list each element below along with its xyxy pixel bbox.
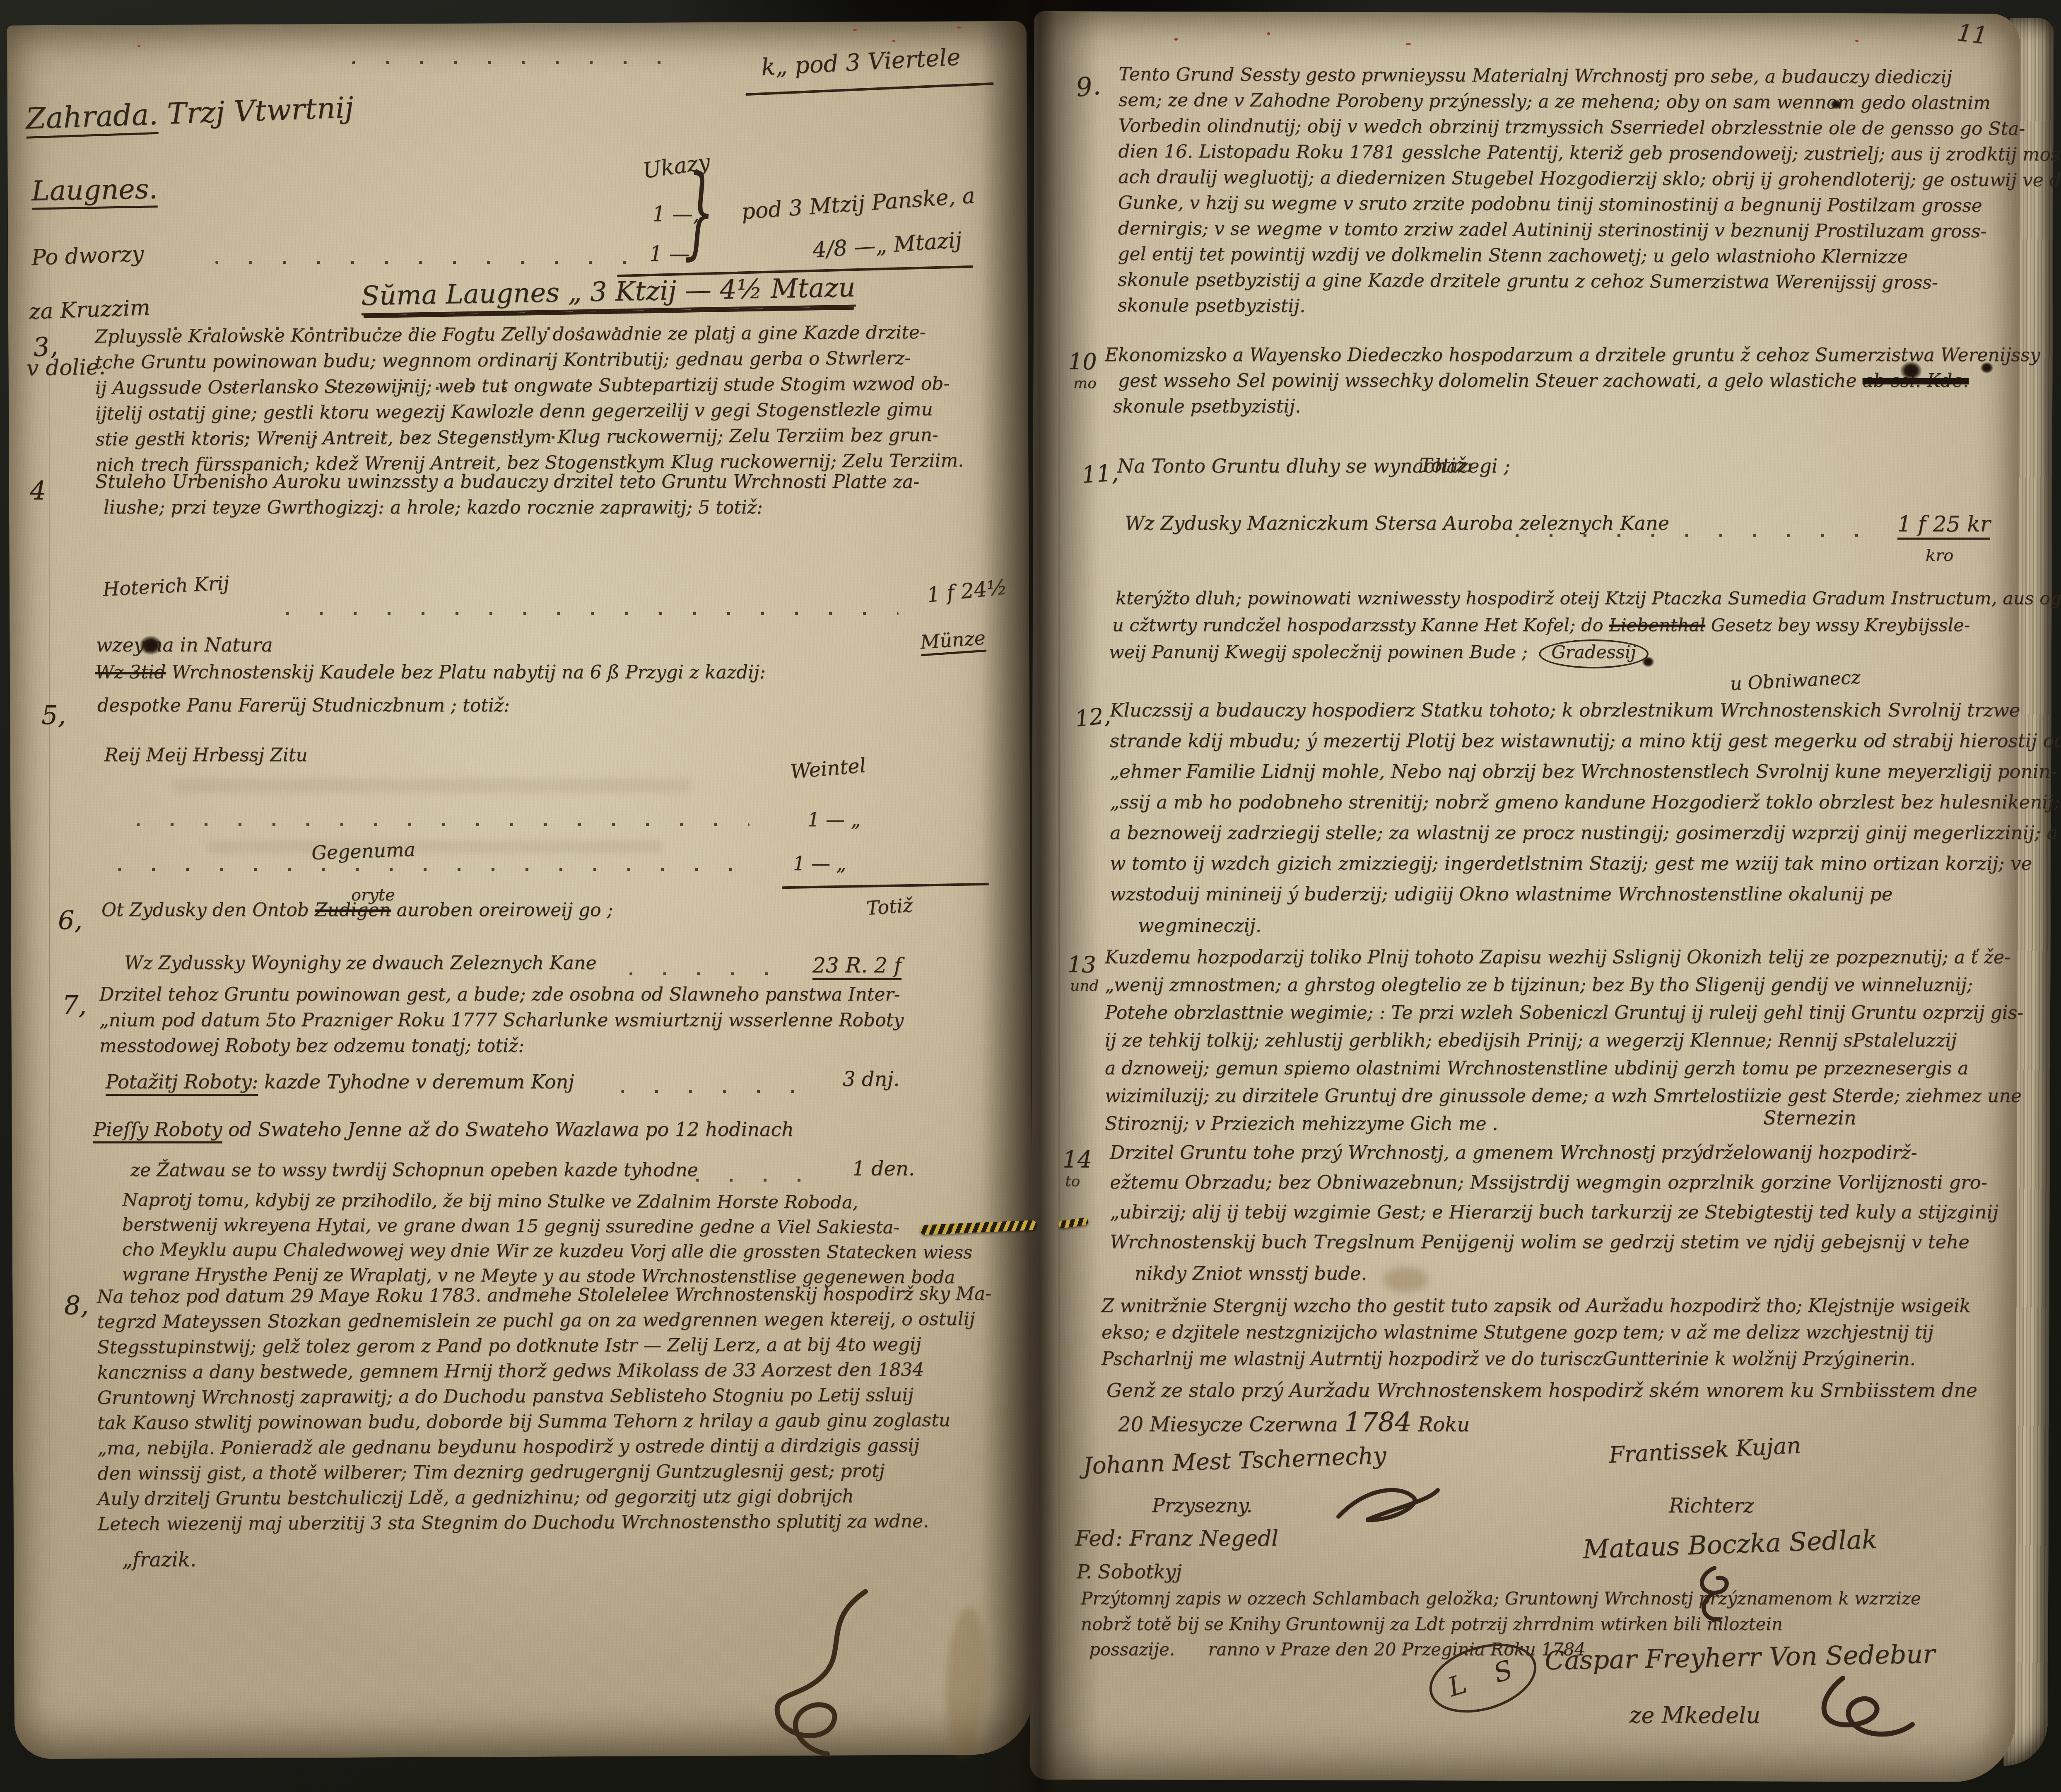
text-line: stie gestli ktoris; Wrenij Antreit, bez … <box>95 424 964 455</box>
text-line: ach draulij wegluotij; a diedernizen Stu… <box>1118 166 2061 195</box>
ink-bleedthrough <box>207 841 663 853</box>
text-line: kanczniss a dany bestwede, gemnem Hrnij … <box>97 1359 992 1387</box>
section-4-natura: wzeyma in Natura <box>96 634 273 656</box>
title-laugnes: Laugnes. <box>31 173 158 207</box>
section-12-number: 12, <box>1074 702 1112 732</box>
text-line: tche Gruntu powinowan budu; wegnnom ordi… <box>95 347 963 378</box>
section-14-closing: nikdy Zniot wnsstj bude. <box>1135 1262 1367 1284</box>
text-line: dien 16. Listopadu Roku 1781 gesslche Pa… <box>1118 141 2061 170</box>
dotted-leader <box>621 1090 820 1093</box>
text-line: Drzitel Gruntu tohe przý Wrchnostj, a gm… <box>1110 1141 1998 1171</box>
section-6-line-1: Ot Zydusky den Ontob Zudigen auroben ore… <box>101 900 613 921</box>
section-5-gegenuma: Gegenuma <box>311 838 416 864</box>
date-line: 20 Miesycze Czerwna 1784 Roku <box>1118 1407 1470 1438</box>
section-4-line-2: liushe; przi teyze Gwrthogizzj: a hrole;… <box>104 497 763 518</box>
text-line: Z wnitržnie Stergnij wzcho tho gestit tu… <box>1102 1295 1970 1322</box>
section-13-tail: Sternezin <box>1763 1107 1856 1129</box>
section-7-number: 7, <box>62 990 87 1020</box>
text-line: ij ze tehkij tolkij; zehlustij gerblikh;… <box>1105 1030 2023 1058</box>
closing-paragraph: Z wnitržnie Stergnij wzcho tho gestit tu… <box>1102 1295 1970 1375</box>
section-5-line-1: despotke Panu Farerüj Studniczbnum ; tot… <box>97 695 510 716</box>
section-8-closing: „frazik. <box>122 1548 196 1571</box>
text-line: ij Augssude Osterlansko Stezowijnij; web… <box>95 373 964 403</box>
section-11-number: 11, <box>1081 459 1119 489</box>
text-line: Pscharlnij me wlastnij Autrntij hozpodir… <box>1102 1348 1970 1375</box>
signature-caspar-place: ze Mkedelu <box>1630 1702 1760 1728</box>
section-3-text: Zpluyssle Kralowske Kontribucze die Fogt… <box>95 322 964 480</box>
dotted-leader <box>1516 534 1880 537</box>
text-line: Gunke, v hzij su wegme v sruto zrzite po… <box>1118 192 2061 221</box>
section-5-amount-2: 1 — „ <box>793 852 846 875</box>
stain-smudge <box>1383 1267 1429 1292</box>
text-line: Stegsstupinstwij; gelž tolez gerom z Pan… <box>97 1334 991 1362</box>
title-zakruzzim: za Kruzzim <box>29 295 151 324</box>
text-line: a beznoweij zadrziegij stelle; za wlastn… <box>1110 822 2061 852</box>
text-line: w tomto ij wzdch gizich zmizziegij; inge… <box>1110 852 2061 883</box>
section-11-line-5: weij Panunij Kwegij spolecžnij powinen B… <box>1109 642 1649 663</box>
right-page-crease <box>1058 25 1060 1764</box>
text-line: ežtemu Obrzadu; bez Obniwazebnun; Mssijs… <box>1110 1171 1998 1201</box>
text-line: gel entij tet powintij wzdij ve dolkmeli… <box>1118 244 2061 273</box>
section-7-amount-2: 1 den. <box>852 1157 915 1180</box>
brace-glyph: } <box>684 154 714 270</box>
text-line: Gruntownj Wrchnostj zaprawitj; a do Duch… <box>97 1384 992 1413</box>
section-7-paragraph: Naprotj tomu, kdybij ze przihodilo, že b… <box>122 1189 973 1292</box>
text-line: Kuzdemu hozpodarzij toliko Plnij tohoto … <box>1105 947 2023 974</box>
text-line: dernirgis; v se wegme v tomto zrziw zade… <box>1118 218 2061 247</box>
section-6-totiz: Totiž <box>865 894 914 919</box>
section-5-number: 5, <box>41 700 66 730</box>
text-line: „ehmer Familie Lidnij mohle, Nebo naj ob… <box>1110 760 2061 791</box>
section-5-amount-1: 1 — „ <box>808 808 861 831</box>
text-line: tegrzd Mateyssen Stozkan gednemislein ze… <box>97 1308 991 1337</box>
signature-sobotkyj: P. Sobotkyj <box>1077 1560 1182 1583</box>
text-line: Naprotj tomu, kdybij ze przihodilo, že b… <box>122 1189 972 1217</box>
dotted-leader <box>215 261 629 264</box>
legal-paragraph: Przýtomnj zapis w ozzech Schlambach gelo… <box>1081 1588 1921 1640</box>
text-line: Stiroznij; v Prziezich mehizzyme Gich me… <box>1105 1113 2023 1141</box>
section-9-text: Tento Grund Sessty gesto prwnieyssu Mate… <box>1118 64 2061 324</box>
section-4-strike-line: Wz 3tid Wrchnostenskij Kaudele bez Platu… <box>95 662 766 683</box>
book-scan: Zahrada. Trzj Vtwrtnij Laugnes. Po dworz… <box>0 0 2061 1792</box>
text-line: „ma, nebijla. Ponieradž ale gednanu beyd… <box>97 1435 992 1463</box>
text-line: skonule psetbyzistij a gine Kazde drzite… <box>1118 269 2061 298</box>
text-line: skonule psetbyzistij. <box>1118 295 2061 324</box>
title-podworzy: Po dworzy <box>31 241 144 270</box>
dotted-leader <box>629 972 795 975</box>
section-9-number: 9. <box>1074 70 1102 103</box>
text-line: Potehe obrzlasttnie wegimie; : Te przi w… <box>1105 1002 2023 1030</box>
date-year: 1784 <box>1344 1407 1412 1438</box>
section-7-zatwau: ze Žatwau se to wssy twrdij Schopnun ope… <box>130 1160 698 1181</box>
section-11-line-2: Wz Zydusky Mazniczkum Stersa Auroba zele… <box>1125 512 1669 534</box>
dotted-leader <box>352 61 683 64</box>
circled-word: Gradessij <box>1539 639 1649 668</box>
section-6-line-2: Wz Zydussky Woynighy ze dwauch Zeleznych… <box>124 953 596 974</box>
section-10-line-1: Ekonomizsko a Wayensko Diedeczko hospoda… <box>1105 345 2040 366</box>
dotted-leader <box>286 612 899 615</box>
text-line: Zpluyssle Kralowske Kontribucze die Fogt… <box>95 322 963 352</box>
title-zahrada: Zahrada. <box>25 97 159 139</box>
section-11-line-4: u cžtwrty rundcžel hospodarzssty Kanne H… <box>1112 615 1970 636</box>
section-7-amount-1: 3 dnj. <box>843 1068 900 1091</box>
text-line: wzstoduij minineij ý buderzij; udigiij O… <box>1110 883 2061 914</box>
section-12-text: Kluczssij a budauczy hospodierz Statku t… <box>1110 699 2061 914</box>
section-10-line-2: gest wsseho Sel powinij wssechky dolomel… <box>1118 370 1969 391</box>
text-line: a dznoweij; gemun spiemo olastnimi Wrchn… <box>1105 1058 2023 1085</box>
text-line: Tento Grund Sessty gesto prwnieyssu Mate… <box>1118 64 2061 93</box>
text-line: „ubirzij; alij ij tebij wzgimie Gest; e … <box>1110 1201 1998 1231</box>
section-8-text: Na tehoz pod datum 29 Maye Roku 1783. an… <box>97 1283 992 1539</box>
section-11-totiz: Totiž: <box>1420 454 1473 476</box>
text-line: Przýtomnj zapis w ozzech Schlambach gelo… <box>1081 1588 1921 1614</box>
text-line: Na tehoz pod datum 29 Maye Roku 1783. an… <box>97 1283 991 1312</box>
section-8-number: 8, <box>64 1290 89 1320</box>
section-6-amount: 23 R. 2 f <box>812 953 902 977</box>
text-line: Letech wiezenij maj uberzitij 3 sta Steg… <box>98 1510 992 1539</box>
section-10-number-suffix: mo <box>1073 375 1097 392</box>
section-12-closing: wegmineczij. <box>1138 914 1261 936</box>
section-10-number: 10 <box>1068 349 1097 375</box>
text-line: strande kdij mbudu; ý mezertij Plotij be… <box>1110 730 2061 760</box>
section-14-number: 14 <box>1063 1146 1092 1173</box>
signature-paraph <box>1333 1478 1441 1528</box>
text-line: tak Kauso stwlitj powinowan budu, dobord… <box>97 1409 992 1438</box>
dotted-leader <box>137 823 750 826</box>
text-line: nobrž totě bij se Knihy Gruntownij za Ld… <box>1081 1614 1921 1640</box>
text-line: wizimiluzij; zu dirzitele Gruntuj dre gi… <box>1105 1085 2023 1113</box>
section-13-text: Kuzdemu hozpodarzij toliko Plnij tohoto … <box>1105 947 2023 1141</box>
text-line: „wenij zmnostmen; a ghrstog olegtelio ze… <box>1105 974 2023 1002</box>
section-4-number: 4 <box>30 475 46 506</box>
dotted-leader <box>118 868 756 871</box>
text-line: „ssij a mb ho podobneho strenitij; nobrž… <box>1110 791 2061 822</box>
text-line: sem; ze dne v Zahodne Porobeny przýnessl… <box>1118 89 2061 118</box>
signature-johann-role: Przysezny. <box>1152 1494 1252 1517</box>
section-7-potazitj: Potažitj Roboty: kazde Tyhodne v deremum… <box>106 1071 574 1093</box>
section-10-line-3: skonule psetbyzistij. <box>1113 396 1301 417</box>
text-line: Wrchnostenskij buch Tregslnum Penijgenij… <box>1110 1231 1998 1261</box>
signature-frantissek-role: Richterz <box>1669 1494 1754 1517</box>
section-5-line-2: Reij Meij Hrbessj Zitu <box>104 745 308 766</box>
calligraphic-flourish <box>741 1588 899 1762</box>
section-4-currency: Münze <box>919 627 986 654</box>
section-11-amount-sub: kro <box>1926 546 1953 565</box>
text-line: „nium pod datum 5to Prazniger Roku 1777 … <box>99 1010 904 1035</box>
section-6-number: 6, <box>58 905 82 935</box>
text-line: cho Meyklu aupu Chaledwowej wey dnie Wir… <box>122 1239 972 1267</box>
text-line: den winssij gist, a thotě wilberer; Tim … <box>97 1460 992 1488</box>
signature-flourish <box>1793 1673 1917 1756</box>
section-7-text: Drzitel tehoz Gruntu powinowan gest, a b… <box>99 984 904 1061</box>
text-line: ijtelij ostatij gine; gestli ktoru wegez… <box>95 399 964 429</box>
section-11-amount: 1 f 25 kr <box>1897 512 1990 537</box>
text-line: messtodowej Roboty bez odzemu tonatj; to… <box>99 1035 904 1061</box>
ink-bleedthrough <box>174 779 692 793</box>
section-14-number-suffix: to <box>1065 1173 1080 1190</box>
section-3-number: 3, <box>32 330 59 363</box>
text-line: ekso; e dzjitele nestzgnizijcho wlastnim… <box>1102 1322 1970 1348</box>
section-11-line-3: kterýžto dluh; powinowati wzniwessty hos… <box>1116 588 2061 609</box>
text-line: Auly drzitelj Gruntu bestchuliczij Ldě, … <box>98 1485 992 1514</box>
dotted-leader <box>696 1179 828 1182</box>
text-line: Kluczssij a budauczy hospodierz Statku t… <box>1110 699 2061 730</box>
section-7-piessy: Pieſſy Roboty od Swateho Jenne až do Swa… <box>93 1118 794 1141</box>
text-line: berstwenij wkreyena Hytai, ve grane dwan… <box>122 1214 972 1242</box>
section-14-text: Drzitel Gruntu tohe przý Wrchnostj, a gm… <box>1110 1141 1998 1261</box>
section-13-number: 13 <box>1068 952 1096 978</box>
section-13-number-suffix: und <box>1070 977 1099 994</box>
text-line: Drzitel tehoz Gruntu powinowan gest, a b… <box>99 984 904 1010</box>
signature-fed: Fed: Franz Negedl <box>1075 1526 1278 1551</box>
attestation-line: Genž ze stalo przý Auržadu Wrchnostenske… <box>1106 1379 1977 1401</box>
text-line: Vorbedin olindnutij; obij v wedch obrzin… <box>1118 115 2061 144</box>
section-4-line-1: Stuleho Urbenisho Auroku uwinzssty a bud… <box>95 471 919 492</box>
page-number: 11 <box>1955 18 1989 50</box>
